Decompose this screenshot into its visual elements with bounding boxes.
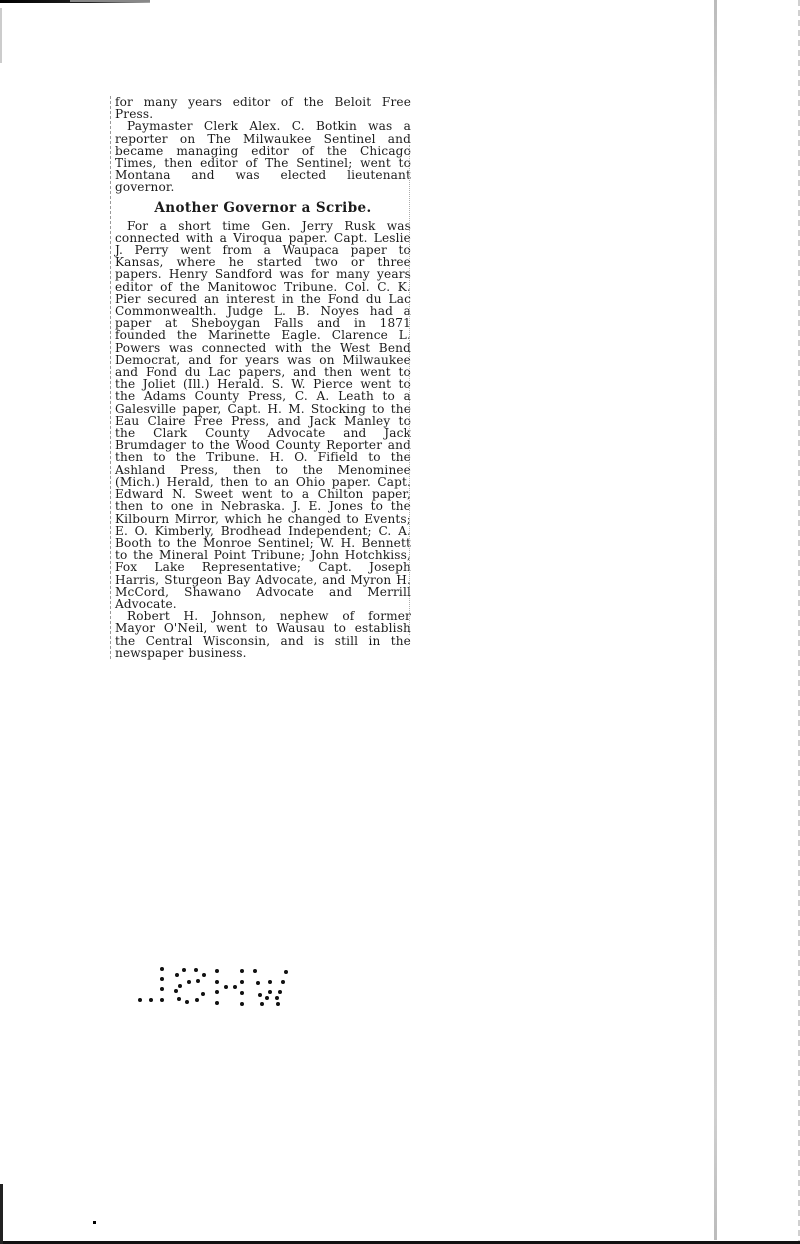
section-heading: Another Governor a Scribe. (115, 200, 411, 216)
perforation-dot (201, 992, 205, 996)
perforation-dot (160, 998, 164, 1002)
paragraph-botkin: Paymaster Clerk Alex. C. Botkin was a re… (115, 120, 411, 193)
paragraph-editors-list: For a short time Gen. Jerry Rusk was con… (115, 220, 411, 611)
perforation-dot (268, 990, 272, 994)
paragraph-continued: for many years editor of the Beloit Free… (115, 96, 411, 120)
scan-left-edge (0, 8, 2, 63)
paragraph-johnson: Robert H. Johnson, nephew of former Mayo… (115, 610, 411, 659)
perforation-dot (178, 984, 182, 988)
perforation-dot (160, 977, 164, 981)
newspaper-clipping-column: for many years editor of the Beloit Free… (110, 96, 411, 659)
scan-corner-shadow (0, 1184, 3, 1244)
perforation-dot (258, 993, 262, 997)
perforation-dot (215, 980, 219, 984)
scan-speck (93, 1221, 96, 1224)
perforation-dot (275, 996, 279, 1000)
perforation-dot (253, 969, 257, 973)
perforation-dot (195, 998, 199, 1002)
perforation-dot (174, 989, 178, 993)
scan-top-edge-shadow (70, 0, 150, 2)
column-rule (409, 145, 411, 635)
page-fold-line (714, 0, 717, 1240)
perforation-dot (196, 979, 200, 983)
perforation-dot (256, 981, 260, 985)
perforation-dot (187, 980, 191, 984)
perforation-dot (138, 998, 142, 1002)
perforation-dot (268, 980, 272, 984)
perforation-dot (194, 968, 198, 972)
perforation-dot (149, 998, 153, 1002)
perforation-dot (240, 991, 244, 995)
perforation-dot (215, 1001, 219, 1005)
perforation-dot (281, 980, 285, 984)
perforation-dot (175, 973, 179, 977)
perforation-dot (240, 1002, 244, 1006)
perforation-dot (177, 997, 181, 1001)
perforation-dot (182, 968, 186, 972)
perforation-dot (185, 1000, 189, 1004)
perforation-dot (278, 990, 282, 994)
perforation-dot (233, 985, 237, 989)
perforation-dot (240, 969, 244, 973)
perforation-dot (265, 996, 269, 1000)
perforation-dot (215, 990, 219, 994)
perforation-dot (160, 967, 164, 971)
perforation-dot (215, 969, 219, 973)
perforation-dot (224, 985, 228, 989)
perforation-dot (284, 970, 288, 974)
perforation-dot (240, 980, 244, 984)
perforation-dot (160, 987, 164, 991)
perforation-dot (260, 1002, 264, 1006)
perforated-dot-signature-icon (120, 955, 290, 1005)
perforation-dot (202, 973, 206, 977)
perforation-dot (276, 1002, 280, 1006)
